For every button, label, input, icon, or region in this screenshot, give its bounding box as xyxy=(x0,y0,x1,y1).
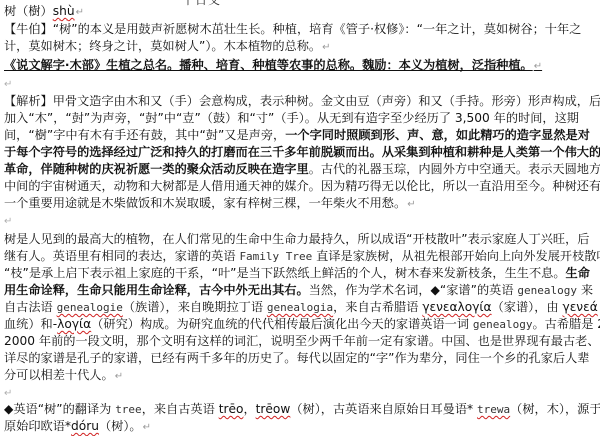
pinyin: shù xyxy=(53,4,75,18)
headword: 树（樹） xyxy=(4,4,53,18)
paragraph-mark-icon: ↵ xyxy=(322,42,330,53)
family-line-7: 2000 年前的一段文明，那个文明有这样的词汇，说明至少两千年前一定有家谱。中国… xyxy=(4,333,600,350)
header-fragment: 十日文 xyxy=(182,0,221,8)
jiexi-line-1: 【解析】甲骨文造字由木和又（手）会意构成，表示种树。金文由豆（声旁）和又（手持。… xyxy=(4,93,600,110)
empty-paragraph: ↵ xyxy=(4,385,12,402)
family-line-5: 自古法语 genealogie（族谱），来自晚期拉丁语 genealogia，来… xyxy=(4,299,600,316)
family-line-2: 继有人。英语里有相同的表达，家谱的英语 Family Tree 直译是家族树，从… xyxy=(4,248,600,265)
entry-heading: 树（樹）shù↵ xyxy=(4,3,84,20)
empty-paragraph: ↵ xyxy=(4,76,12,93)
niubo-line-1: 【牛伯】“树”的本义是用鼓声祈愿树木茁壮生长。种植，培育《管子·权修》：“一年之… xyxy=(4,21,581,38)
jiexi-line-4: 于每个字符号的选择经过广泛和持久的打磨而在三千多年前脱颖而出。从采集到种植和耕种… xyxy=(4,144,600,161)
empty-paragraph: ↵ xyxy=(4,213,12,230)
jiexi-line-6: 中间的宇宙树通天，动物和大树都是人借用通天神的媒介。因为精巧得无以伦比，所以一直… xyxy=(4,178,600,195)
english-line-1: ◆英语“树”的翻译为 tree，来自古英语 trēo，trēow（树），古英语来… xyxy=(4,401,600,418)
jiexi-line-2: 加入“木”，“尌”为声旁，“尌”中“壴”（鼓）和“寸”（手）。从无到有造字至少经… xyxy=(4,110,579,127)
jiexi-line-3: 间，“樹”字中有木有手还有鼓，其中“尌”又是声旁，一个字同时照顾到形、声、意，如… xyxy=(4,127,590,144)
paragraph-mark-icon: ↵ xyxy=(76,7,84,18)
paragraph-mark-icon: ↵ xyxy=(534,61,542,72)
family-line-9: 分可以相差十代人。↵ xyxy=(4,367,123,384)
niubo-line-2: 计，莫如树木；终身之计，莫如树人”）。木本植物的总称。↵ xyxy=(4,38,330,55)
family-line-8: 详尽的家谱是孔子的家谱，已经有两千多年的历史了。每代以固定的“字”作为辈分，同住… xyxy=(4,350,589,367)
paragraph-mark-icon: ↵ xyxy=(115,371,123,382)
paragraph-mark-icon: ↵ xyxy=(143,422,151,433)
shuowen-definition: 《说文解字·木部》生植之总名。播种、培育、种植等农事的总称。魏励：本义为植树，泛… xyxy=(4,57,542,74)
english-line-2: 原始印欧语*dóru（树）。↵ xyxy=(4,418,151,435)
jiexi-line-7: 一个重要用途就是木柴做饭和木炭取暖，家有梓树三棵，一年柴火不用愁。↵ xyxy=(4,195,416,212)
jiexi-line-5: 革命，伴随种树的庆祝祈愿一类的聚众活动反映在造字里。古代的礼器玉琮，内圆外方中空… xyxy=(4,161,600,178)
family-line-3: “枝”是承上启下表示祖上家庭的干系，“叶”是当下跃然纸上鲜活的个人，树木春来发新… xyxy=(4,265,590,282)
family-line-6: 血统）和-λογία（研究）构成。为研究血统的代代相传最后演化出今天的家谱英语一… xyxy=(4,316,600,333)
family-line-1: 树是人见到的最高大的植物，在人们常见的生命中生命力最持久，所以成语“开枝散叶”表… xyxy=(4,231,589,248)
family-line-4: 用生命诠释，生命只能用生命诠释，古今中外无出其右。当然，作为学术名词，◆“家谱”… xyxy=(4,282,593,299)
paragraph-mark-icon: ↵ xyxy=(407,199,415,210)
